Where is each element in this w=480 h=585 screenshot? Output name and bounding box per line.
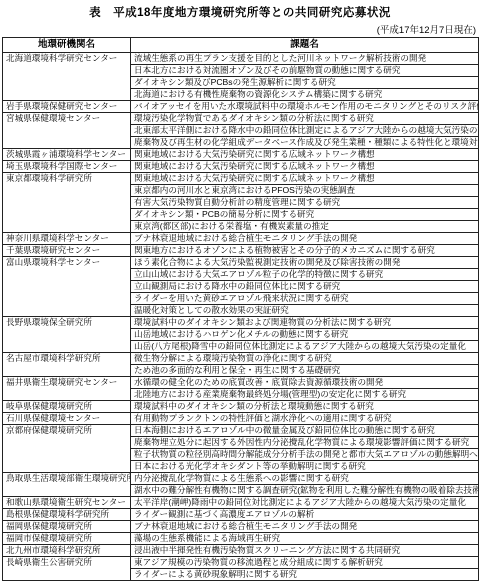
topic-cell: 有害大気汚染物質自動分析計の精度管理に関する研究 <box>131 197 479 209</box>
table-row: 北海道環境科学研究センター流域生態系の再生プラン支援を目的とした河川ネットワーク… <box>3 53 479 65</box>
topic-cell: 東アジア規模の汚染物質の移流過程と成分組成に関する解析研究 <box>131 557 479 569</box>
date-note: (平成17年12月7日現在) <box>0 22 480 36</box>
table-row: 神奈川県環境科学センターブナ林衰退地域における総合植生モニタリング手法の開発 <box>3 233 479 245</box>
table-row: 鳥取県生活環境部衛生環境研究所内分泌攪乱化学物質による生態系への影響に関する研究 <box>3 473 479 485</box>
table-body: 北海道環境科学研究センター流域生態系の再生プラン支援を目的とした河川ネットワーク… <box>3 53 479 581</box>
topic-cell: 山岳(八方尾根)降雪中の鉛同位体比測定によるアジア大陸からの越境大気汚染の定量化 <box>131 341 479 353</box>
table-header: 地環研機関名 課題名 <box>3 38 479 53</box>
topic-cell: 北陸地方における産業廃棄物最終処分場(管理型)の安定化に関する研究 <box>131 389 479 401</box>
institution-cell: 長野県環境保全研究所 <box>3 317 131 353</box>
table-row: 長野県環境保全研究所環境試料中のダイオキシン類および関連物質の分析法に関する研究 <box>3 317 479 329</box>
institution-cell: 岩手県環境保健研究センター <box>3 101 131 113</box>
topic-cell: 湖水中の難分解性有機物に関する調査研究(鉱物を利用した難分解性有機物の吸着除去技… <box>131 485 479 497</box>
institution-cell: 福井県衛生環境研究センター <box>3 377 131 401</box>
topic-cell: ライダーを用いた黄砂エアロゾル飛来状況に関する研究 <box>131 293 479 305</box>
table-row: 北九州市環境科学研究所浸出液中半揮発性有機汚染物質スクリーニング方法に関する共同… <box>3 545 479 557</box>
topic-cell: ブナ林衰退地域における総合植生モニタリング手法の開発 <box>131 521 479 533</box>
column-header-institution: 地環研機関名 <box>3 38 131 53</box>
institution-cell: 富山県環境科学センター <box>3 257 131 317</box>
institution-cell: 北九州市環境科学研究所 <box>3 545 131 557</box>
institution-cell: 神奈川県環境科学センター <box>3 233 131 245</box>
table-row: 東京都環境科学研究所関東地域における大気汚染研究に関する広域ネットワーク構想 <box>3 173 479 185</box>
topic-cell: 関東地域における大気汚染研究に関する広域ネットワーク構想 <box>131 161 479 173</box>
topic-cell: ため池の多面的な利用と保全・再生に関する基礎研究 <box>131 365 479 377</box>
institution-cell: 茨城県霞ヶ浦環境科学センター <box>3 149 131 161</box>
table-row: 宮城県保健環境センター環境汚染化学物質であるダイオキシン類の分析法に関する研究 <box>3 113 479 125</box>
topic-cell: 北東部太平洋側における降水中の鉛同位体比測定によるアジア大陸からの越境大気汚染の… <box>131 125 479 137</box>
table-row: 石川県保健環境センター有用動物プランクトンの特性評価と湖水浄化への適用に関する研… <box>3 413 479 425</box>
table-row: 名古屋市環境科学研究所微生物分解による環境汚染物質の浄化に関する研究 <box>3 353 479 365</box>
institution-cell: 北海道環境科学研究センター <box>3 53 131 101</box>
topic-cell: 藻場の生態系機能による海域再生研究 <box>131 533 479 545</box>
topic-cell: ダイオキシン類・PCBの簡易分析に関する研究 <box>131 209 479 221</box>
topic-cell: ダイオキシン類及びPCBsの発生源解析に関する研究 <box>131 77 479 89</box>
topic-cell: 日本北方における対流圏オゾン及びその前駆物質の動態に関する研究 <box>131 65 479 77</box>
table-row: 福岡市保健環境研究所藻場の生態系機能による海域再生研究 <box>3 533 479 545</box>
topic-cell: 日本海側におけるエアロゾル中の微量金属及び鉛同位体比の動態に関する研究 <box>131 425 479 437</box>
topic-cell: バイオアッセイを用いた水環境試料中の環境ホルモン作用のモニタリングとそのリスク評… <box>131 101 479 113</box>
table-row: 千葉県環境研究センター関東地方におけるオゾンによる植物被害とその分子的メカニズム… <box>3 245 479 257</box>
topic-cell: 粒子状物質の粒径別高時間分解能成分分析手法の開発と都市大気エアロゾルの動態解明へ… <box>131 449 479 461</box>
institution-cell: 名古屋市環境科学研究所 <box>3 353 131 377</box>
institution-cell: 長崎県衛生公害研究所 <box>3 557 131 581</box>
table-row: 茨城県霞ヶ浦環境科学センター関東地域における大気汚染研究に関する広域ネットワーク… <box>3 149 479 161</box>
topic-cell: 北海道における有機性廃棄物の資源化システム構築に関する研究 <box>131 89 479 101</box>
topic-cell: 立山観測局における降水中の鉛同位体比に関する研究 <box>131 281 479 293</box>
table-row: 富山県環境科学センターほう素化合物による大気汚染監視測定技術の開発及び除害技術の… <box>3 257 479 269</box>
topic-cell: 環境試料中のダイオキシン類および関連物質の分析法に関する研究 <box>131 317 479 329</box>
topic-cell: 流域生態系の再生プラン支援を目的とした河川ネットワーク解析技術の開発 <box>131 53 479 65</box>
institution-cell: 鳥取県生活環境部衛生環境研究所 <box>3 473 131 497</box>
institution-cell: 京都府保健環境研究所 <box>3 425 131 473</box>
header-row: 地環研機関名 課題名 <box>3 38 479 53</box>
table-row: 福岡県保健環境研究所ブナ林衰退地域における総合植生モニタリング手法の開発 <box>3 521 479 533</box>
topic-cell: 山岳地域におけるハロゲン化メチルの動態に関する研究 <box>131 329 479 341</box>
institution-cell: 東京都環境科学研究所 <box>3 173 131 233</box>
institution-cell: 宮城県保健環境センター <box>3 113 131 149</box>
topic-cell: 太平洋岸(潮岬)降雨中の鉛同位対比測定によるアジア大陸からの越境大気汚染の定量化 <box>131 497 479 509</box>
table-row: 京都府保健環境研究所日本海側におけるエアロゾル中の微量金属及び鉛同位体比の動態に… <box>3 425 479 437</box>
topic-cell: ほう素化合物による大気汚染監視測定技術の開発及び除害技術の開発 <box>131 257 479 269</box>
topic-cell: 関東地方におけるオゾンによる植物被害とその分子的メカニズムに関する研究 <box>131 245 479 257</box>
institution-cell: 島根県保健環境科学研究所 <box>3 509 131 521</box>
table-row: 和歌山県環境衛生研究センター太平洋岸(潮岬)降雨中の鉛同位対比測定によるアジア大… <box>3 497 479 509</box>
topic-cell: 環境汚染化学物質であるダイオキシン類の分析法に関する研究 <box>131 113 479 125</box>
topic-cell: 東京都内の河川水と東京湾におけるPFOS汚染の実態調査 <box>131 185 479 197</box>
topic-cell: 関東地域における大気汚染研究に関する広域ネットワーク構想 <box>131 173 479 185</box>
table-row: 岐阜県保健環境研究所環境試料中のダイオキシン類の分析法と環境動態に関する研究 <box>3 401 479 413</box>
topic-cell: ライダー観測に基づく高濃度エアロゾルの解析 <box>131 509 479 521</box>
topic-cell: ブナ林衰退地域における総合植生モニタリング手法の開発 <box>131 233 479 245</box>
column-header-topic: 課題名 <box>131 38 479 53</box>
institution-cell: 福岡県保健環境研究所 <box>3 521 131 533</box>
topic-cell: 環境試料中のダイオキシン類の分析法と環境動態に関する研究 <box>131 401 479 413</box>
institution-cell: 石川県保健環境センター <box>3 413 131 425</box>
topic-cell: 関東地域における大気汚染研究に関する広域ネットワーク構想 <box>131 149 479 161</box>
joint-research-table: 地環研機関名 課題名 北海道環境科学研究センター流域生態系の再生プラン支援を目的… <box>2 37 479 581</box>
topic-cell: 廃棄物及び再生材の化学組成データベース作成及び発生業種・種類による特性化と環境対… <box>131 137 479 149</box>
topic-cell: 水循環の健全化のための底質改善・底質除去資源循環技術の開発 <box>131 377 479 389</box>
table-row: 福井県衛生環境研究センター水循環の健全化のための底質改善・底質除去資源循環技術の… <box>3 377 479 389</box>
institution-cell: 埼玉県環境科学国際センター <box>3 161 131 173</box>
topic-cell: 東京湾(都区部)における栄養塩・有機炭素量の推定 <box>131 221 479 233</box>
institution-cell: 岐阜県保健環境研究所 <box>3 401 131 413</box>
topic-cell: 温暖化対策としての散水効果の実証研究 <box>131 305 479 317</box>
topic-cell: 微生物分解による環境汚染物質の浄化に関する研究 <box>131 353 479 365</box>
table-row: 岩手県環境保健研究センターバイオアッセイを用いた水環境試料中の環境ホルモン作用の… <box>3 101 479 113</box>
institution-cell: 千葉県環境研究センター <box>3 245 131 257</box>
topic-cell: ライダーによる黄砂現象解明に関する研究 <box>131 569 479 581</box>
table-row: 埼玉県環境科学国際センター関東地域における大気汚染研究に関する広域ネットワーク構… <box>3 161 479 173</box>
document-page: 表 平成18年度地方環境研究所等との共同研究応募状況 (平成17年12月7日現在… <box>0 0 480 585</box>
topic-cell: 日本における光化学オキシダント等の挙動解明に関する研究 <box>131 461 479 473</box>
institution-cell: 和歌山県環境衛生研究センター <box>3 497 131 509</box>
topic-cell: 有用動物プランクトンの特性評価と湖水浄化への適用に関する研究 <box>131 413 479 425</box>
institution-cell: 福岡市保健環境研究所 <box>3 533 131 545</box>
topic-cell: 内分泌攪乱化学物質による生態系への影響に関する研究 <box>131 473 479 485</box>
topic-cell: 廃棄物埋立処分に起因する外因性内分泌攪乱化学物質による環境影響評価に関する研究 <box>131 437 479 449</box>
table-title: 表 平成18年度地方環境研究所等との共同研究応募状況 <box>0 0 480 20</box>
topic-cell: 立山山域における大気エアロゾル粒子の化学的特徴に関する研究 <box>131 269 479 281</box>
topic-cell: 浸出液中半揮発性有機汚染物質スクリーニング方法に関する共同研究 <box>131 545 479 557</box>
table-row: 島根県保健環境科学研究所ライダー観測に基づく高濃度エアロゾルの解析 <box>3 509 479 521</box>
table-row: 長崎県衛生公害研究所東アジア規模の汚染物質の移流過程と成分組成に関する解析研究 <box>3 557 479 569</box>
